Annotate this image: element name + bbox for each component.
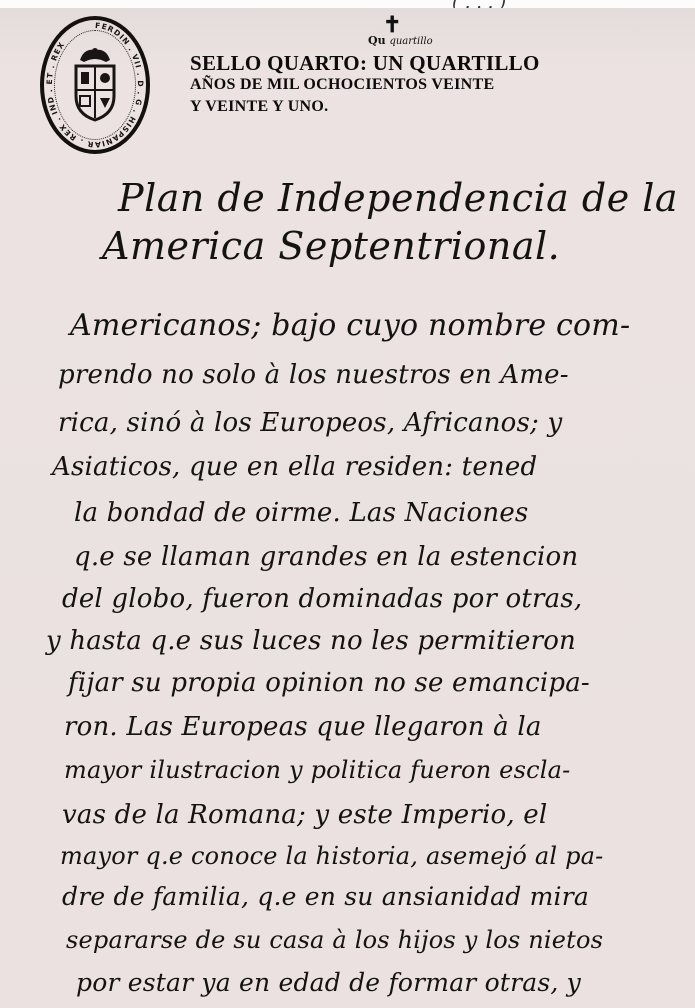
quartillo-note: Qu quartillo bbox=[368, 34, 433, 47]
body-line-12: vas de la Romana; y este Imperio, el bbox=[62, 800, 547, 830]
body-line-2: prendo no solo à los nuestros en Ame- bbox=[58, 360, 569, 390]
body-line-11: mayor ilustracion y politica fueron escl… bbox=[64, 756, 570, 784]
body-line-8: y hasta q.e sus luces no les permitieron bbox=[46, 626, 576, 656]
body-line-10: ron. Las Europeas que llegaron à la bbox=[64, 712, 542, 742]
body-line-1: Americanos; bajo cuyo nombre com- bbox=[70, 308, 630, 343]
quartillo-abbrev: Qu bbox=[368, 34, 386, 47]
document-page: FERDIN . VII . D . G . HISPANIAR . REX .… bbox=[0, 8, 695, 1008]
document-title-line-2: America Septentrional. bbox=[102, 224, 560, 268]
top-white-strip bbox=[0, 0, 695, 8]
body-line-15: separarse de su casa à los hijos y los n… bbox=[66, 926, 603, 954]
document-title-line-1: Plan de Independencia de la bbox=[118, 176, 678, 220]
body-line-7: del globo, fueron dominadas por otras, bbox=[62, 584, 582, 614]
quartillo-word: quartillo bbox=[389, 36, 432, 47]
body-line-6: q.e se llaman grandes en la estencion bbox=[74, 542, 578, 572]
stamp-line-1: SELLO QUARTO: UN QUARTILLO bbox=[190, 52, 540, 74]
royal-seal-icon: FERDIN . VII . D . G . HISPANIAR . REX .… bbox=[40, 16, 150, 154]
body-line-3: rica, sinó à los Europeos, Africanos; y bbox=[58, 408, 562, 438]
stamp-line-2: AÑOS DE MIL OCHOCIENTOS VEINTE bbox=[190, 74, 540, 96]
body-line-16: por estar ya en edad de formar otras, y bbox=[76, 968, 581, 997]
body-line-14: dre de familia, q.e en su ansianidad mir… bbox=[62, 882, 589, 911]
body-line-13: mayor q.e conoce la historia, asemejó al… bbox=[60, 842, 603, 870]
body-line-5: la bondad de oirme. Las Naciones bbox=[74, 498, 528, 528]
body-line-9: fijar su propia opinion no se emancipa- bbox=[68, 668, 590, 698]
coat-of-arms-icon bbox=[66, 46, 124, 124]
body-line-4: Asiaticos, que en ella residen: tened bbox=[52, 452, 537, 482]
stamp-line-3: Y VEINTE Y UNO. bbox=[190, 96, 540, 118]
stamp-header: SELLO QUARTO: UN QUARTILLO AÑOS DE MIL O… bbox=[190, 52, 540, 118]
